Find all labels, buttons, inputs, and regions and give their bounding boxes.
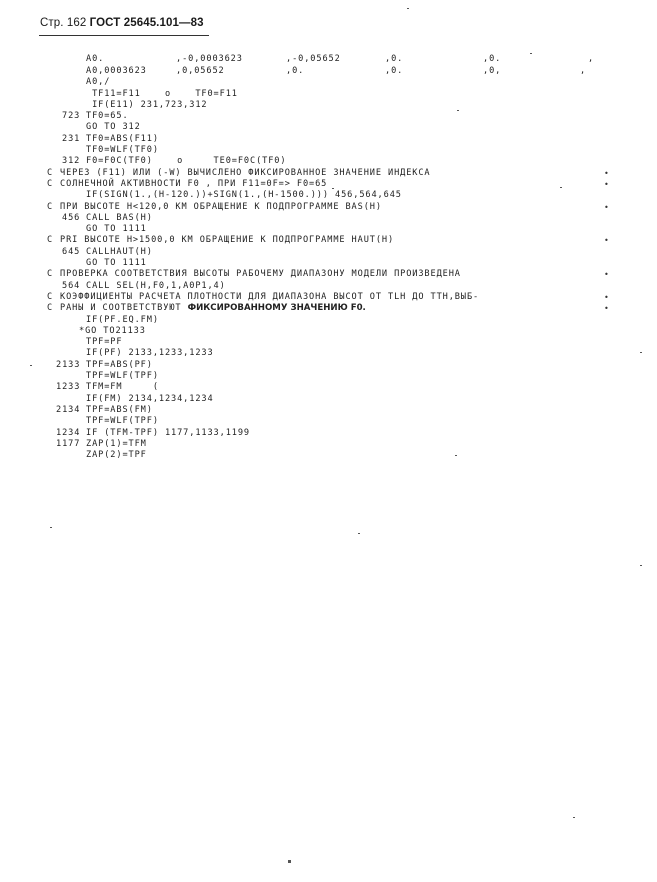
data-cell: ,-0,0003623: [176, 54, 243, 65]
data-cell: ,0,05652: [176, 66, 225, 77]
comment-text: РАНЫ И СООТВЕТСТВУЮТ ФИКСИРОВАННОМУ ЗНАЧ…: [60, 303, 366, 314]
scan-speck: [455, 455, 457, 456]
statement-text: GO TO 312: [86, 122, 141, 133]
scan-speck: [332, 188, 334, 189]
statement-text: IF(FM) 2134,1234,1234: [86, 394, 214, 405]
comment-text-part: ПРИ ВЫСОТЕ H<120,0 КМ ОБРАЩЕНИЕ К ПОДПРО…: [60, 202, 382, 212]
comment-text: PRI ВЫСОТЕ H>1500,0 КМ ОБРАЩЕНИЕ К ПОДПР…: [60, 235, 394, 246]
statement-text: CALL BAS(H): [86, 213, 153, 224]
statement-label: 312: [62, 156, 80, 167]
statement-text: TPF=ABS(PF): [86, 360, 153, 371]
comment-marker: C: [47, 168, 53, 179]
continuation-mark-icon: •: [604, 303, 609, 314]
statement-text: TF0=ABS(F11): [86, 134, 159, 145]
statement-text: TPF=ABS(FM): [86, 405, 153, 416]
page-number: Стр. 162: [40, 17, 86, 29]
scan-speck: [407, 8, 409, 9]
data-cell: ,0.: [286, 66, 304, 77]
comment-text-part: PRI ВЫСОТЕ H>1500,0 КМ ОБРАЩЕНИЕ К ПОДПР…: [60, 235, 394, 245]
statement-text: GO TO 1111: [86, 224, 147, 235]
comment-marker: C: [47, 235, 53, 246]
data-cell: A0.: [86, 54, 104, 65]
continuation-mark-icon: •: [604, 202, 609, 213]
scan-speck: [358, 533, 360, 534]
comment-text: ПРИ ВЫСОТЕ H<120,0 КМ ОБРАЩЕНИЕ К ПОДПРО…: [60, 202, 382, 213]
statement-label: 2134: [56, 405, 80, 416]
statement-label: 456: [62, 213, 80, 224]
statement-text: F0=F0C(TF0) o TE0=F0C(TF0): [86, 156, 286, 167]
data-cell: ,: [588, 54, 594, 65]
statement-text: IF(PF) 2133,1233,1233: [86, 348, 214, 359]
comment-text-part: РАНЫ И СООТВЕТСТВУЮТ: [60, 303, 188, 313]
scan-speck: [573, 817, 575, 818]
statement-text: *GO TO21133: [79, 326, 146, 337]
comment-text: ПРОВЕРКА СООТВЕТСТВИЯ ВЫСОТЫ РАБОЧЕМУ ДИ…: [60, 269, 461, 280]
statement-text: IF(SIGN(1.,(H-120.))+SIGN(1.,(H-1500.)))…: [86, 190, 402, 201]
statement-text: ZAP(1)=TFM: [86, 439, 147, 450]
continuation-mark-icon: •: [604, 168, 609, 179]
data-cell: ,0.: [483, 54, 501, 65]
scan-speck: [560, 187, 562, 188]
data-cell: ,-0,05652: [286, 54, 341, 65]
comment-text-part: СОЛНЕЧНОЙ АКТИВНОСТИ F0 , ПРИ F11=0F=> F…: [60, 179, 327, 189]
data-cell: ,0.: [385, 54, 403, 65]
scan-speck: [640, 565, 642, 566]
standard-number: ГОСТ 25645.101—83: [90, 17, 204, 29]
statement-text: TF0=WLF(TF0): [86, 145, 159, 156]
statement-text: TPF=WLF(TPF): [86, 416, 159, 427]
comment-marker: C: [47, 202, 53, 213]
comment-text: ЧЕРЕЗ (F11) ИЛИ (-W) ВЫЧИСЛЕНО ФИКСИРОВА…: [60, 168, 431, 179]
statement-text: IF (TFM-TPF) 1177,1133,1199: [86, 428, 250, 439]
statement-text: CALL SEL(H,F0,1,A0P1,4): [86, 281, 226, 292]
statement-text: TF0=65.: [86, 111, 129, 122]
statement-label: 723: [62, 111, 80, 122]
data-cell: ,0.: [385, 66, 403, 77]
continuation-mark-icon: •: [604, 235, 609, 246]
comment-text-part: ЧЕРЕЗ (F11) ИЛИ (-W) ВЫЧИСЛЕНО ФИКСИРОВА…: [60, 168, 431, 178]
comment-text: СОЛНЕЧНОЙ АКТИВНОСТИ F0 , ПРИ F11=0F=> F…: [60, 179, 327, 190]
comment-text-part: КОЭФФИЦИЕНТЫ РАСЧЕТА ПЛОТНОСТИ ДЛЯ ДИАПА…: [60, 292, 479, 302]
statement-text: CALLHAUT(H): [86, 247, 153, 258]
statement-label: 231: [62, 134, 80, 145]
header-underline: [39, 35, 209, 36]
statement-text: TPF=PF: [86, 337, 122, 348]
statement-text: GO TO 1111: [86, 258, 147, 269]
comment-text: КОЭФФИЦИЕНТЫ РАСЧЕТА ПЛОТНОСТИ ДЛЯ ДИАПА…: [60, 292, 479, 303]
scan-speck: [457, 110, 459, 111]
statement-text: ZAP(2)=TPF: [86, 450, 147, 461]
comment-text-part: ПРОВЕРКА СООТВЕТСТВИЯ ВЫСОТЫ РАБОЧЕМУ ДИ…: [60, 269, 461, 279]
page-header: Стр. 162 ГОСТ 25645.101—83: [40, 17, 204, 29]
statement-label: 1233: [56, 382, 80, 393]
comment-marker: C: [47, 303, 53, 314]
statement-label: 564: [62, 281, 80, 292]
statement-label: 645: [62, 247, 80, 258]
statement-text: TFM=FM (: [86, 382, 159, 393]
comment-marker: C: [47, 179, 53, 190]
scan-speck: [30, 365, 32, 366]
data-cell: A0,0003623: [86, 66, 147, 77]
continuation-mark-icon: •: [604, 292, 609, 303]
statement-label: 1177: [56, 439, 80, 450]
statement-label: 2133: [56, 360, 80, 371]
data-cell: A0,/: [86, 77, 110, 88]
statement-label: 1234: [56, 428, 80, 439]
scan-speck: [530, 53, 532, 54]
scan-speck: [640, 352, 642, 353]
statement-text: TPF=WLF(TPF): [86, 371, 159, 382]
statement-text: IF(PF.EQ.FM): [86, 315, 159, 326]
scan-speck: [288, 860, 291, 863]
data-cell: ,0,: [483, 66, 501, 77]
continuation-mark-icon: •: [604, 179, 609, 190]
comment-bold-part: ФИКСИРОВАННОМУ ЗНАЧЕНИЮ F0.: [188, 303, 366, 313]
statement-text: IF(E11) 231,723,312: [86, 100, 207, 111]
comment-marker: C: [47, 292, 53, 303]
data-cell: ,: [580, 66, 586, 77]
scan-speck: [50, 527, 52, 528]
statement-text: TF11=F11 o TF0=F11: [86, 89, 238, 100]
comment-marker: C: [47, 269, 53, 280]
continuation-mark-icon: •: [604, 269, 609, 280]
